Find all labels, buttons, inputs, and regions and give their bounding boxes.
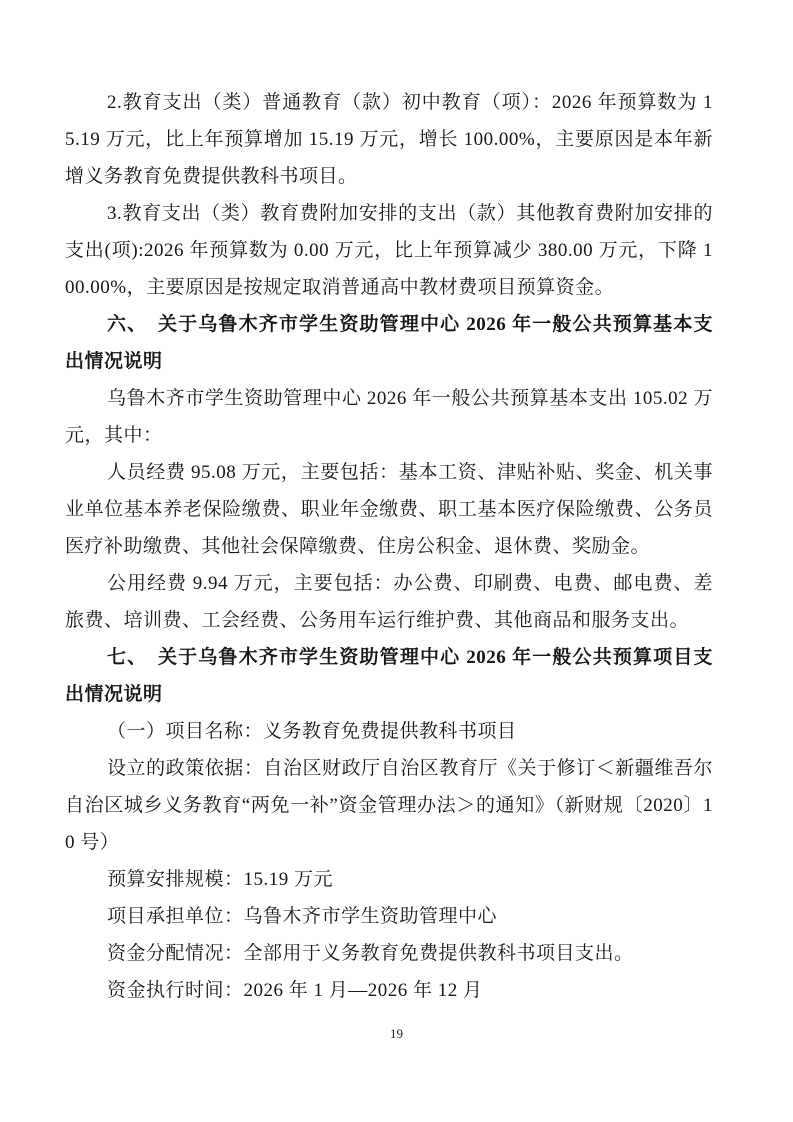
paragraph: 项目承担单位：乌鲁木齐市学生资助管理中心 <box>65 898 713 935</box>
section-heading: 六、 关于乌鲁木齐市学生资助管理中心 2026 年一般公共预算基本支出情况说明 <box>65 306 713 380</box>
page-number: 19 <box>0 1026 793 1042</box>
paragraph: 预算安排规模：15.19 万元 <box>65 861 713 898</box>
paragraph: 公用经费 9.94 万元，主要包括：办公费、印刷费、电费、邮电费、差旅费、培训费… <box>65 565 713 639</box>
paragraph: 3.教育支出（类）教育费附加安排的支出（款）其他教育费附加安排的支出(项):20… <box>65 195 713 306</box>
paragraph: （一）项目名称：义务教育免费提供教科书项目 <box>65 713 713 750</box>
paragraph: 人员经费 95.08 万元，主要包括：基本工资、津贴补贴、奖金、机关事业单位基本… <box>65 454 713 565</box>
paragraph: 设立的政策依据：自治区财政厅自治区教育厅《关于修订＜新疆维吾尔自治区城乡义务教育… <box>65 750 713 861</box>
section-heading: 七、 关于乌鲁木齐市学生资助管理中心 2026 年一般公共预算项目支出情况说明 <box>65 639 713 713</box>
paragraph: 资金分配情况：全部用于义务教育免费提供教科书项目支出。 <box>65 935 713 972</box>
paragraph: 2.教育支出（类）普通教育（款）初中教育（项）：2026 年预算数为 15.19… <box>65 84 713 195</box>
document-page: 2.教育支出（类）普通教育（款）初中教育（项）：2026 年预算数为 15.19… <box>0 0 793 1122</box>
document-body: 2.教育支出（类）普通教育（款）初中教育（项）：2026 年预算数为 15.19… <box>65 84 713 1009</box>
paragraph: 资金执行时间：2026 年 1 月—2026 年 12 月 <box>65 972 713 1009</box>
paragraph: 乌鲁木齐市学生资助管理中心 2026 年一般公共预算基本支出 105.02 万元… <box>65 380 713 454</box>
